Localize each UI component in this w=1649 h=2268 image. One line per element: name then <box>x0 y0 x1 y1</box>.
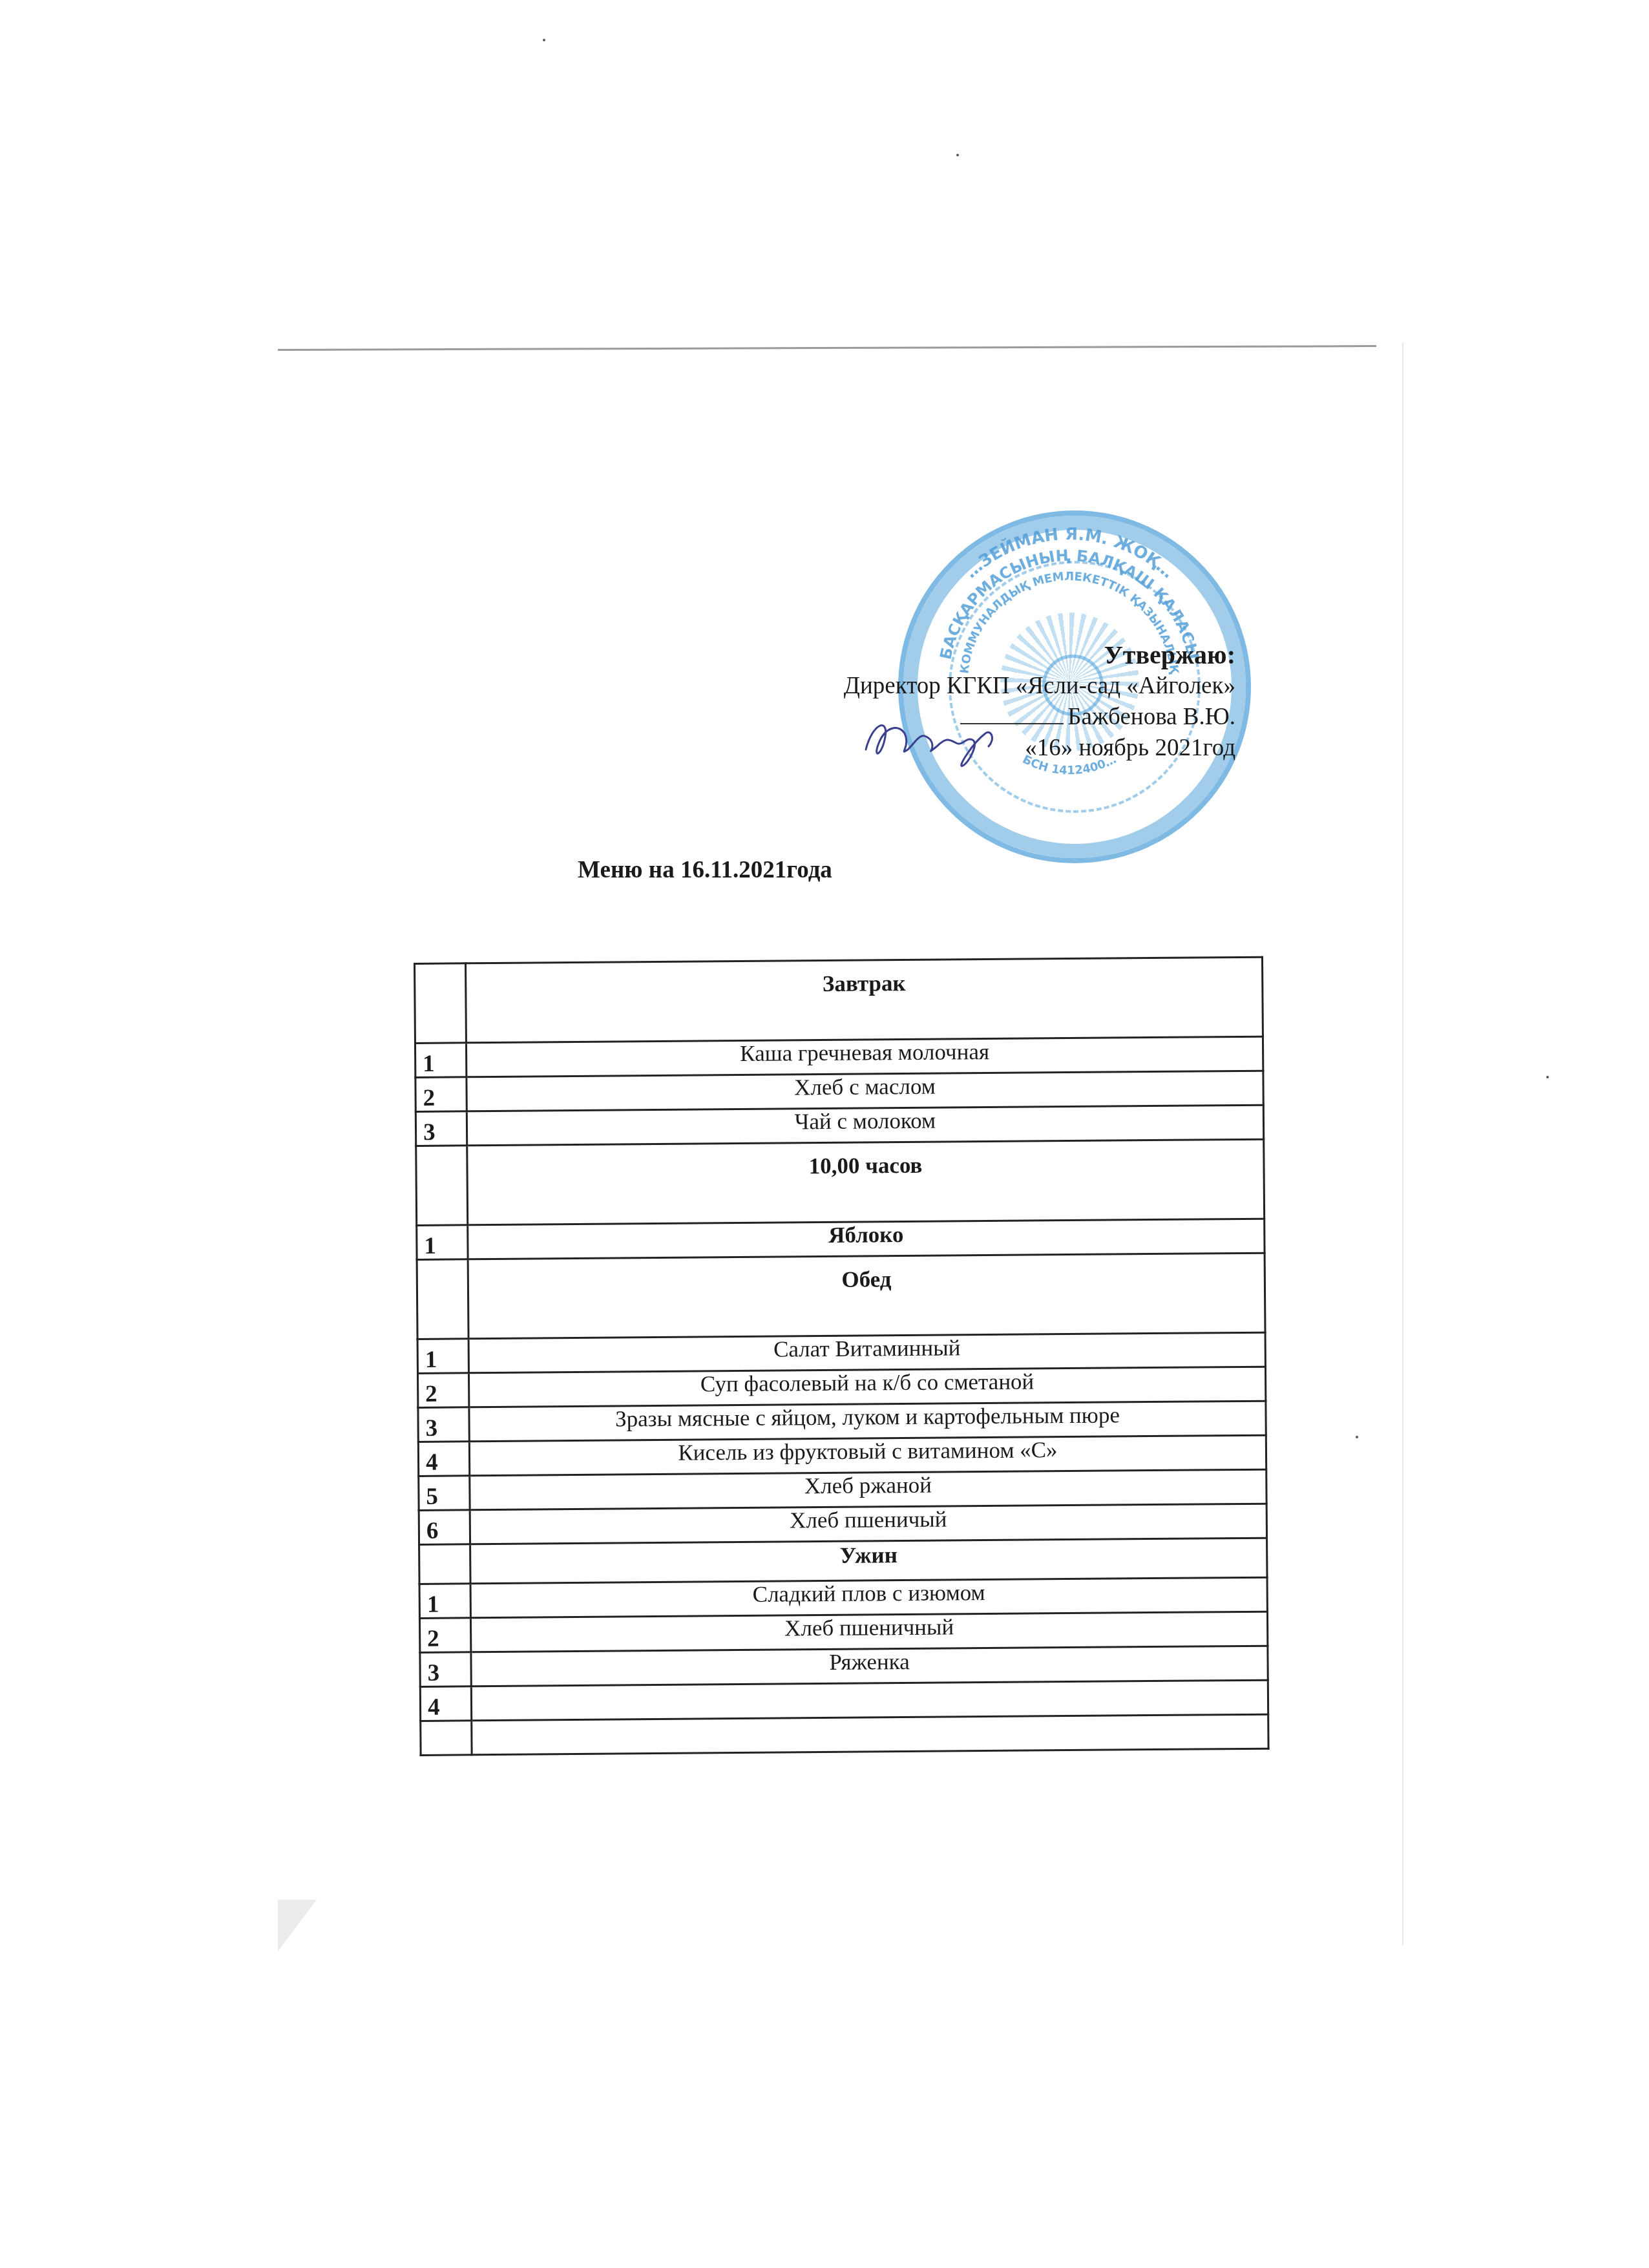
dish-name <box>471 1680 1268 1721</box>
item-number: 1 <box>415 1043 466 1078</box>
item-number: 1 <box>419 1584 470 1619</box>
item-number: 1 <box>417 1225 468 1260</box>
dish-name: Хлеб с маслом <box>467 1071 1263 1111</box>
handwritten-signature <box>859 711 1014 769</box>
dish-name: Каша гречневая молочная <box>466 1036 1263 1077</box>
page-edge <box>278 345 1376 351</box>
page-corner-shadow <box>278 1900 317 1951</box>
item-number: 6 <box>419 1510 470 1545</box>
approval-title: Утвержаю: <box>844 640 1235 671</box>
item-number: 4 <box>420 1686 471 1721</box>
dish-name: Хлеб пшеничный <box>470 1612 1267 1652</box>
signatory-name: Бажбенова В.Ю. <box>1067 704 1235 730</box>
section-title: Обед <box>468 1253 1265 1339</box>
row-number-cell <box>419 1544 470 1584</box>
scan-speck <box>1356 1436 1358 1438</box>
menu-table: Завтрак1Каша гречневая молочная2Хлеб с м… <box>414 956 1270 1756</box>
dish-name: Сладкий плов с изюмом <box>470 1577 1267 1618</box>
dish-name: Зразы мясные с яйцом, луком и картофельн… <box>469 1401 1266 1442</box>
section-header-row: 10,00 часов <box>416 1139 1265 1225</box>
approval-position: Директор КГКП «Ясли-сад «Айголек» <box>844 671 1235 702</box>
dish-name: Хлеб пшеничый <box>470 1504 1266 1544</box>
section-title: Завтрак <box>466 957 1263 1043</box>
item-number: 3 <box>415 1111 467 1146</box>
item-number: 5 <box>419 1476 470 1511</box>
menu-item-row <box>421 1714 1268 1755</box>
dish-name: Кисель из фруктовый с витамином «С» <box>469 1435 1266 1476</box>
dish-name: Суп фасолевый на к/б со сметаной <box>468 1367 1265 1407</box>
item-number: 4 <box>418 1442 469 1476</box>
document-title: Меню на 16.11.2021года <box>0 856 1529 884</box>
row-number-cell <box>417 1259 468 1339</box>
dish-name: Чай с молоком <box>467 1105 1263 1146</box>
item-number: 2 <box>419 1618 470 1653</box>
dish-name: Хлеб ржаной <box>470 1469 1266 1510</box>
section-title: 10,00 часов <box>467 1139 1265 1225</box>
scan-speck <box>956 154 959 156</box>
dish-name: Яблоко <box>468 1219 1265 1259</box>
section-header-row: Завтрак <box>415 957 1263 1043</box>
item-number: 1 <box>417 1339 468 1374</box>
section-header-row: Обед <box>417 1253 1265 1339</box>
scan-speck <box>1546 1076 1549 1078</box>
item-number: 3 <box>418 1407 469 1442</box>
row-number-cell <box>416 1146 468 1226</box>
scan-speck <box>543 39 545 41</box>
dish-name <box>472 1714 1268 1755</box>
section-title: Ужин <box>470 1538 1267 1584</box>
item-number: 2 <box>415 1077 467 1112</box>
section-header-row: Ужин <box>419 1538 1267 1584</box>
dish-name: Салат Витаминный <box>468 1332 1265 1373</box>
item-number: 3 <box>420 1652 471 1687</box>
item-number: 2 <box>417 1373 468 1408</box>
row-number-cell <box>415 963 467 1044</box>
item-number <box>421 1721 472 1756</box>
page-edge <box>1402 342 1403 1945</box>
dish-name: Ряженка <box>471 1646 1268 1686</box>
